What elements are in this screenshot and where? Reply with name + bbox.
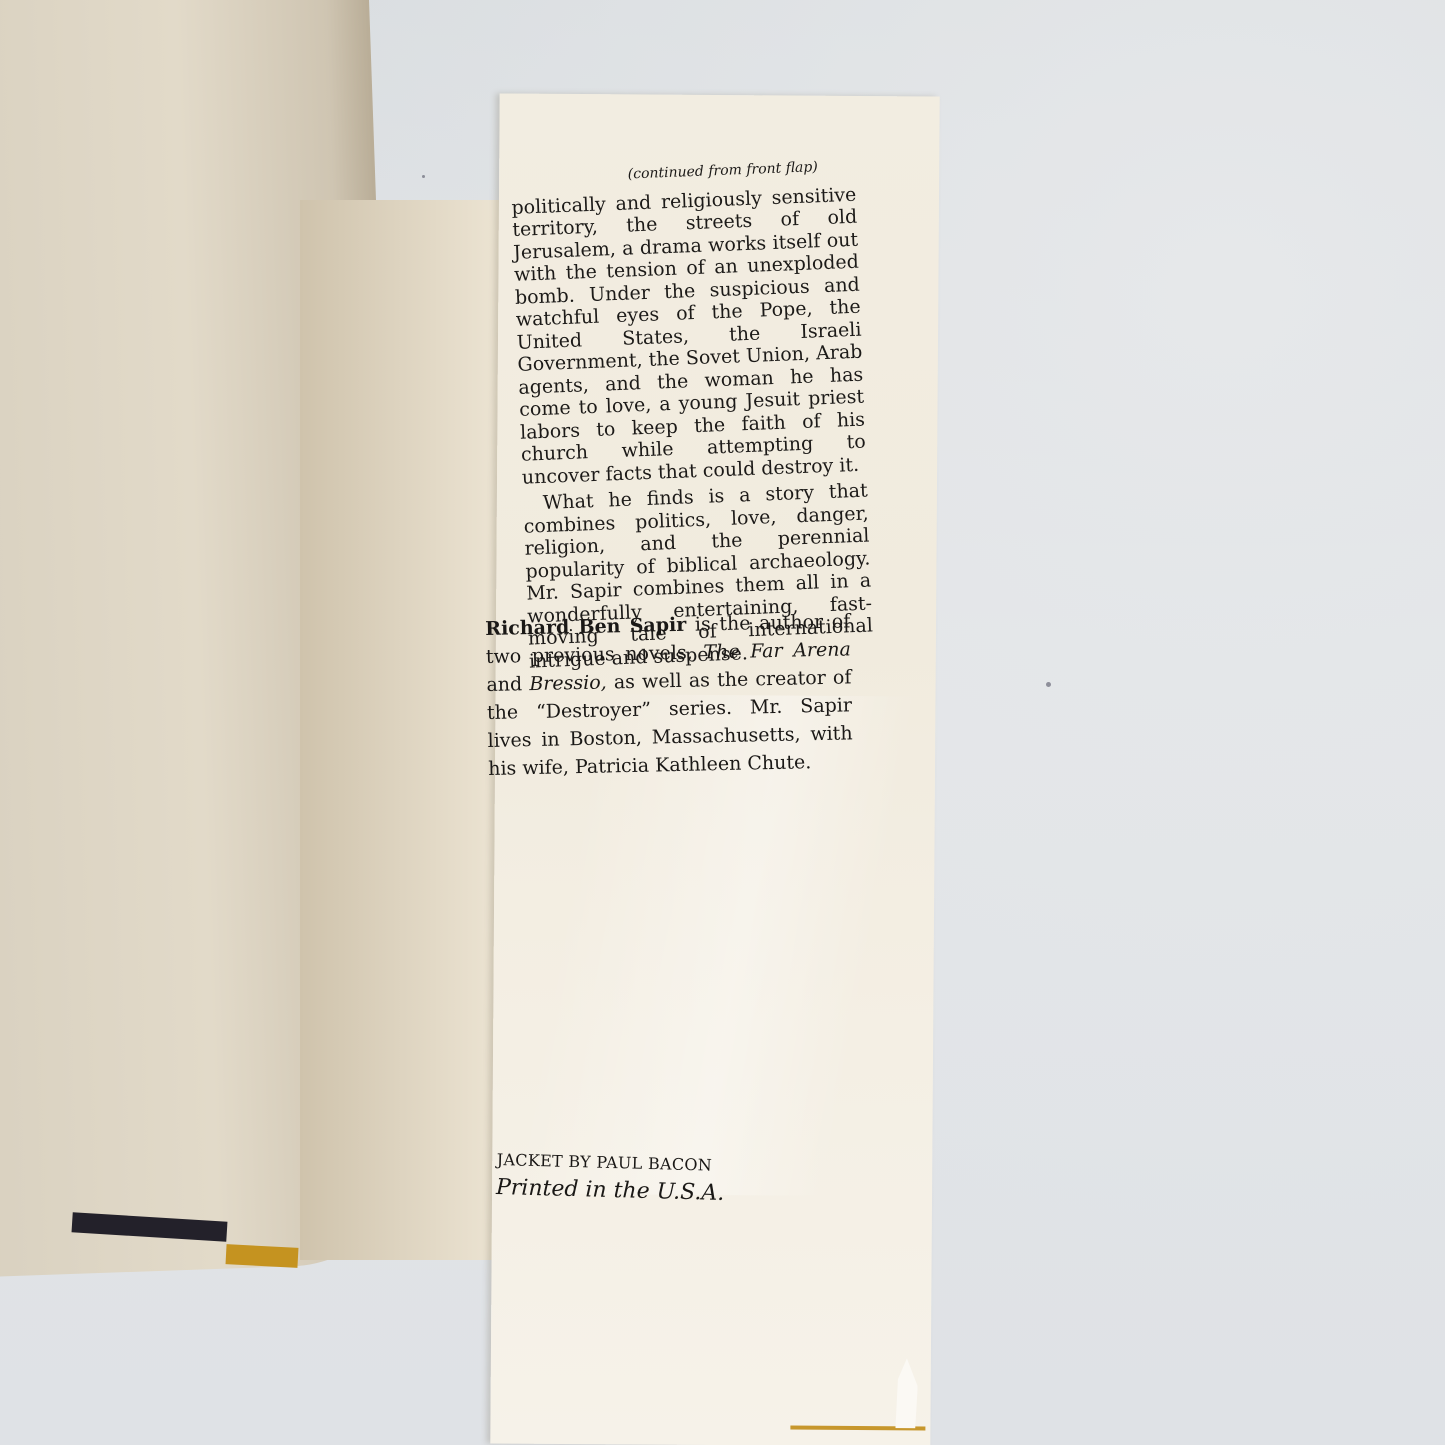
- book-title-bressio: Bressio,: [529, 671, 607, 695]
- book-inner-board: [300, 200, 500, 1260]
- synopsis-paragraph-1: politically and religiously sensitive te…: [511, 183, 867, 489]
- book-title-far-arena: The Far Arena: [703, 638, 851, 663]
- flap-synopsis: (continued from front flap) politically …: [510, 155, 874, 673]
- book-edge-gold-stripe: [226, 1244, 299, 1268]
- dust-speck: [422, 175, 425, 178]
- dust-speck: [1046, 682, 1051, 687]
- credits: JACKET BY PAUL BACON Printed in the U.S.…: [496, 1150, 757, 1207]
- author-bio: Richard Ben Sapir is the author of two p…: [485, 607, 853, 783]
- author-name: Richard Ben Sapir: [485, 614, 686, 640]
- bio-text-2: and: [486, 673, 529, 696]
- flap-torn-corner: [895, 1358, 917, 1428]
